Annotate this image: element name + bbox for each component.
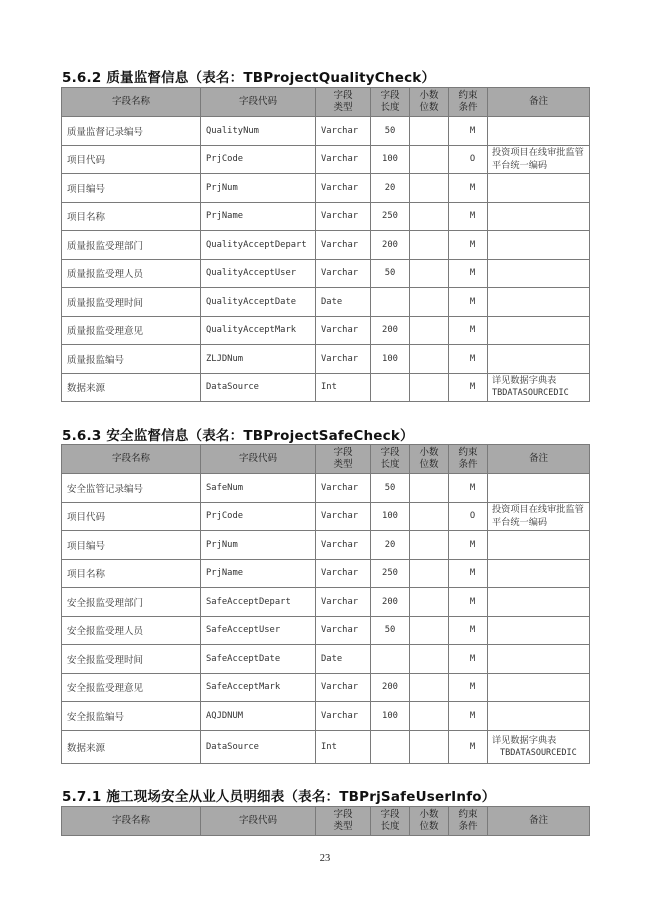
cell-field-type: Varchar <box>316 702 371 731</box>
cell-field-type: Varchar <box>316 202 371 231</box>
cell-decimal-places <box>410 559 449 588</box>
header-field-name: 字段名称 <box>62 88 201 117</box>
cell-field-length <box>371 730 410 763</box>
table-row: 质量报监受理人员QualityAcceptUserVarchar50M <box>62 259 590 288</box>
header-label-line: 约束 <box>451 90 485 102</box>
cell-field-code: QualityAcceptDepart <box>201 231 316 260</box>
table-row: 安全报监编号AQJDNUMVarchar100M <box>62 702 590 731</box>
table-row: 质量报监受理意见QualityAcceptMarkVarchar200M <box>62 316 590 345</box>
remarks-text: 投资项目在线审批监管平台统一编码 <box>492 503 585 529</box>
cell-field-name: 安全报监受理部门 <box>62 588 201 617</box>
header-label-line: 字段 <box>373 809 407 821</box>
header-field-length: 字段长度 <box>371 88 410 117</box>
table-row: 项目代码PrjCodeVarchar100O投资项目在线审批监管平台统一编码 <box>62 145 590 174</box>
header-label-line: 备注 <box>490 96 587 108</box>
cell-field-code: PrjNum <box>201 174 316 203</box>
cell-remarks <box>488 531 590 560</box>
table-safe-check: 字段名称字段代码字段类型字段长度小数位数约束条件备注安全监管记录编号SafeNu… <box>61 444 590 764</box>
header-label-line: 小数 <box>412 90 446 102</box>
cell-field-type: Varchar <box>316 259 371 288</box>
cell-constraint: M <box>449 531 488 560</box>
cell-field-length: 200 <box>371 588 410 617</box>
table-row: 安全报监受理部门SafeAcceptDepartVarchar200M <box>62 588 590 617</box>
cell-field-length <box>371 645 410 674</box>
cell-field-code: QualityAcceptUser <box>201 259 316 288</box>
cell-constraint: M <box>449 702 488 731</box>
header-remarks: 备注 <box>488 807 590 836</box>
cell-decimal-places <box>410 531 449 560</box>
cell-decimal-places <box>410 673 449 702</box>
section-title-quality-check: 5.6.2 质量监督信息（表名：TBProjectQualityCheck） <box>62 66 435 86</box>
cell-field-code: SafeAcceptDate <box>201 645 316 674</box>
header-label-line: 字段 <box>373 90 407 102</box>
cell-field-name: 项目代码 <box>62 145 201 174</box>
header-label-line: 字段 <box>318 447 368 459</box>
cell-decimal-places <box>410 202 449 231</box>
cell-field-name: 质量报监受理意见 <box>62 316 201 345</box>
cell-field-length: 250 <box>371 202 410 231</box>
cell-decimal-places <box>410 345 449 374</box>
cell-remarks: 投资项目在线审批监管平台统一编码 <box>488 502 590 531</box>
header-field-code: 字段代码 <box>201 88 316 117</box>
cell-field-code: QualityAcceptDate <box>201 288 316 317</box>
cell-field-name: 质量报监受理部门 <box>62 231 201 260</box>
cell-decimal-places <box>410 316 449 345</box>
table-header-row: 字段名称字段代码字段类型字段长度小数位数约束条件备注 <box>62 445 590 474</box>
cell-decimal-places <box>410 259 449 288</box>
header-label-line: 长度 <box>373 102 407 114</box>
header-label-line: 字段名称 <box>64 815 198 827</box>
cell-remarks <box>488 474 590 503</box>
cell-field-type: Varchar <box>316 316 371 345</box>
header-field-type: 字段类型 <box>316 807 371 836</box>
header-label-line: 小数 <box>412 809 446 821</box>
cell-remarks: 投资项目在线审批监管平台统一编码 <box>488 145 590 174</box>
remarks-text: 详见数据字典表 <box>492 374 585 387</box>
header-label-line: 字段名称 <box>64 96 198 108</box>
cell-field-code: DataSource <box>201 730 316 763</box>
cell-field-length: 100 <box>371 345 410 374</box>
cell-field-type: Date <box>316 288 371 317</box>
header-decimal-places: 小数位数 <box>410 807 449 836</box>
cell-field-code: SafeAcceptDepart <box>201 588 316 617</box>
header-label-line: 条件 <box>451 821 485 833</box>
header-field-length: 字段长度 <box>371 807 410 836</box>
cell-field-length: 100 <box>371 145 410 174</box>
cell-field-type: Int <box>316 373 371 402</box>
cell-field-name: 安全报监编号 <box>62 702 201 731</box>
cell-constraint: M <box>449 174 488 203</box>
header-field-code: 字段代码 <box>201 445 316 474</box>
cell-field-length: 200 <box>371 673 410 702</box>
cell-remarks <box>488 616 590 645</box>
section-title-safe-user-info: 5.7.1 施工现场安全从业人员明细表（表名：TBPrjSafeUserInfo… <box>62 785 495 805</box>
cell-constraint: M <box>449 730 488 763</box>
cell-field-code: PrjName <box>201 559 316 588</box>
header-label-line: 类型 <box>318 102 368 114</box>
table-row: 质量监督记录编号QualityNumVarchar50M <box>62 117 590 146</box>
cell-remarks <box>488 231 590 260</box>
cell-constraint: M <box>449 231 488 260</box>
header-label-line: 字段代码 <box>203 96 313 108</box>
cell-field-name: 项目名称 <box>62 559 201 588</box>
cell-field-name: 质量报监受理时间 <box>62 288 201 317</box>
header-label-line: 长度 <box>373 459 407 471</box>
cell-remarks: 详见数据字典表TBDATASOURCEDIC <box>488 730 590 763</box>
cell-field-type: Varchar <box>316 531 371 560</box>
header-label-line: 字段 <box>318 809 368 821</box>
cell-field-type: Varchar <box>316 673 371 702</box>
cell-field-type: Varchar <box>316 474 371 503</box>
table-row: 质量报监编号ZLJDNumVarchar100M <box>62 345 590 374</box>
cell-remarks <box>488 316 590 345</box>
cell-constraint: M <box>449 259 488 288</box>
header-label-line: 长度 <box>373 821 407 833</box>
page-number: 23 <box>0 853 650 864</box>
cell-constraint: M <box>449 117 488 146</box>
cell-field-code: PrjNum <box>201 531 316 560</box>
cell-constraint: M <box>449 474 488 503</box>
cell-field-name: 项目编号 <box>62 174 201 203</box>
cell-decimal-places <box>410 616 449 645</box>
table-row: 安全报监受理人员SafeAcceptUserVarchar50M <box>62 616 590 645</box>
cell-field-type: Varchar <box>316 174 371 203</box>
cell-field-name: 安全报监受理意见 <box>62 673 201 702</box>
header-label-line: 字段名称 <box>64 453 198 465</box>
table-safe-user-info: 字段名称字段代码字段类型字段长度小数位数约束条件备注 <box>61 806 590 836</box>
cell-decimal-places <box>410 730 449 763</box>
table-row: 项目编号PrjNumVarchar20M <box>62 531 590 560</box>
header-label-line: 字段代码 <box>203 453 313 465</box>
cell-field-name: 安全报监受理时间 <box>62 645 201 674</box>
cell-remarks <box>488 673 590 702</box>
cell-field-name: 质量监督记录编号 <box>62 117 201 146</box>
table-row: 项目编号PrjNumVarchar20M <box>62 174 590 203</box>
cell-field-length: 200 <box>371 316 410 345</box>
cell-field-length: 250 <box>371 559 410 588</box>
header-label-line: 字段 <box>318 90 368 102</box>
header-label-line: 类型 <box>318 821 368 833</box>
remarks-dictionary-code: TBDATASOURCEDIC <box>492 387 585 400</box>
header-label-line: 条件 <box>451 459 485 471</box>
cell-field-type: Varchar <box>316 145 371 174</box>
cell-decimal-places <box>410 702 449 731</box>
table-row: 质量报监受理部门QualityAcceptDepartVarchar200M <box>62 231 590 260</box>
header-field-name: 字段名称 <box>62 807 201 836</box>
cell-remarks <box>488 559 590 588</box>
remarks-text: 投资项目在线审批监管平台统一编码 <box>492 146 585 172</box>
table-row: 项目名称PrjNameVarchar250M <box>62 559 590 588</box>
header-constraint: 约束条件 <box>449 807 488 836</box>
section-title-safe-check: 5.6.3 安全监督信息（表名：TBProjectSafeCheck） <box>62 424 414 444</box>
header-decimal-places: 小数位数 <box>410 88 449 117</box>
remarks-dictionary-code: TBDATASOURCEDIC <box>492 747 585 760</box>
cell-field-length: 20 <box>371 174 410 203</box>
cell-remarks <box>488 588 590 617</box>
cell-decimal-places <box>410 373 449 402</box>
header-label-line: 小数 <box>412 447 446 459</box>
cell-field-code: PrjCode <box>201 145 316 174</box>
remarks-text: 详见数据字典表 <box>492 734 585 747</box>
cell-constraint: M <box>449 373 488 402</box>
cell-field-type: Varchar <box>316 231 371 260</box>
header-label-line: 类型 <box>318 459 368 471</box>
cell-field-type: Date <box>316 645 371 674</box>
cell-field-code: QualityAcceptMark <box>201 316 316 345</box>
cell-remarks <box>488 202 590 231</box>
header-label-line: 备注 <box>490 815 587 827</box>
cell-field-name: 质量报监受理人员 <box>62 259 201 288</box>
cell-field-length: 100 <box>371 702 410 731</box>
table-row: 数据来源DataSourceIntM详见数据字典表TBDATASOURCEDIC <box>62 730 590 763</box>
cell-field-length: 50 <box>371 474 410 503</box>
cell-remarks <box>488 117 590 146</box>
cell-decimal-places <box>410 645 449 674</box>
cell-field-code: QualityNum <box>201 117 316 146</box>
cell-constraint: M <box>449 288 488 317</box>
cell-field-length: 50 <box>371 117 410 146</box>
cell-field-type: Varchar <box>316 117 371 146</box>
cell-decimal-places <box>410 145 449 174</box>
cell-constraint: O <box>449 145 488 174</box>
cell-remarks <box>488 702 590 731</box>
cell-field-length: 50 <box>371 616 410 645</box>
table-row: 数据来源DataSourceIntM详见数据字典表TBDATASOURCEDIC <box>62 373 590 402</box>
table-row: 项目名称PrjNameVarchar250M <box>62 202 590 231</box>
cell-field-length: 200 <box>371 231 410 260</box>
cell-constraint: M <box>449 202 488 231</box>
cell-field-name: 安全监管记录编号 <box>62 474 201 503</box>
cell-decimal-places <box>410 288 449 317</box>
table-row: 安全监管记录编号SafeNumVarchar50M <box>62 474 590 503</box>
header-remarks: 备注 <box>488 88 590 117</box>
cell-constraint: M <box>449 316 488 345</box>
header-label-line: 位数 <box>412 821 446 833</box>
cell-remarks <box>488 259 590 288</box>
table-row: 安全报监受理意见SafeAcceptMarkVarchar200M <box>62 673 590 702</box>
header-constraint: 约束条件 <box>449 445 488 474</box>
header-label-line: 约束 <box>451 809 485 821</box>
cell-field-name: 项目编号 <box>62 531 201 560</box>
cell-decimal-places <box>410 231 449 260</box>
header-field-type: 字段类型 <box>316 445 371 474</box>
cell-field-type: Varchar <box>316 502 371 531</box>
cell-field-name: 安全报监受理人员 <box>62 616 201 645</box>
cell-decimal-places <box>410 117 449 146</box>
cell-decimal-places <box>410 174 449 203</box>
cell-field-length: 20 <box>371 531 410 560</box>
cell-field-code: SafeAcceptMark <box>201 673 316 702</box>
cell-constraint: O <box>449 502 488 531</box>
header-decimal-places: 小数位数 <box>410 445 449 474</box>
cell-field-type: Varchar <box>316 588 371 617</box>
header-field-length: 字段长度 <box>371 445 410 474</box>
cell-field-code: SafeAcceptUser <box>201 616 316 645</box>
header-label-line: 位数 <box>412 459 446 471</box>
cell-field-code: PrjName <box>201 202 316 231</box>
header-remarks: 备注 <box>488 445 590 474</box>
cell-field-code: DataSource <box>201 373 316 402</box>
cell-decimal-places <box>410 502 449 531</box>
header-field-name: 字段名称 <box>62 445 201 474</box>
cell-field-length: 50 <box>371 259 410 288</box>
cell-field-type: Int <box>316 730 371 763</box>
table-row: 项目代码PrjCodeVarchar100O投资项目在线审批监管平台统一编码 <box>62 502 590 531</box>
cell-remarks <box>488 345 590 374</box>
cell-decimal-places <box>410 588 449 617</box>
cell-remarks <box>488 174 590 203</box>
cell-field-name: 数据来源 <box>62 373 201 402</box>
header-label-line: 约束 <box>451 447 485 459</box>
cell-constraint: M <box>449 345 488 374</box>
header-label-line: 位数 <box>412 102 446 114</box>
cell-remarks <box>488 288 590 317</box>
cell-field-length: 100 <box>371 502 410 531</box>
cell-decimal-places <box>410 474 449 503</box>
table-header-row: 字段名称字段代码字段类型字段长度小数位数约束条件备注 <box>62 807 590 836</box>
table-row: 质量报监受理时间QualityAcceptDateDateM <box>62 288 590 317</box>
cell-constraint: M <box>449 645 488 674</box>
table-row: 安全报监受理时间SafeAcceptDateDateM <box>62 645 590 674</box>
cell-field-code: SafeNum <box>201 474 316 503</box>
header-field-code: 字段代码 <box>201 807 316 836</box>
cell-field-length <box>371 373 410 402</box>
cell-remarks: 详见数据字典表TBDATASOURCEDIC <box>488 373 590 402</box>
cell-field-code: ZLJDNum <box>201 345 316 374</box>
header-label-line: 字段 <box>373 447 407 459</box>
table-quality-check: 字段名称字段代码字段类型字段长度小数位数约束条件备注质量监督记录编号Qualit… <box>61 87 590 402</box>
cell-field-type: Varchar <box>316 616 371 645</box>
header-constraint: 约束条件 <box>449 88 488 117</box>
cell-field-name: 项目名称 <box>62 202 201 231</box>
cell-constraint: M <box>449 588 488 617</box>
cell-constraint: M <box>449 559 488 588</box>
cell-field-type: Varchar <box>316 345 371 374</box>
header-label-line: 条件 <box>451 102 485 114</box>
header-label-line: 备注 <box>490 453 587 465</box>
header-field-type: 字段类型 <box>316 88 371 117</box>
cell-field-type: Varchar <box>316 559 371 588</box>
cell-constraint: M <box>449 673 488 702</box>
cell-field-name: 项目代码 <box>62 502 201 531</box>
table-header-row: 字段名称字段代码字段类型字段长度小数位数约束条件备注 <box>62 88 590 117</box>
header-label-line: 字段代码 <box>203 815 313 827</box>
cell-constraint: M <box>449 616 488 645</box>
cell-remarks <box>488 645 590 674</box>
cell-field-code: PrjCode <box>201 502 316 531</box>
cell-field-name: 数据来源 <box>62 730 201 763</box>
cell-field-name: 质量报监编号 <box>62 345 201 374</box>
cell-field-code: AQJDNUM <box>201 702 316 731</box>
cell-field-length <box>371 288 410 317</box>
